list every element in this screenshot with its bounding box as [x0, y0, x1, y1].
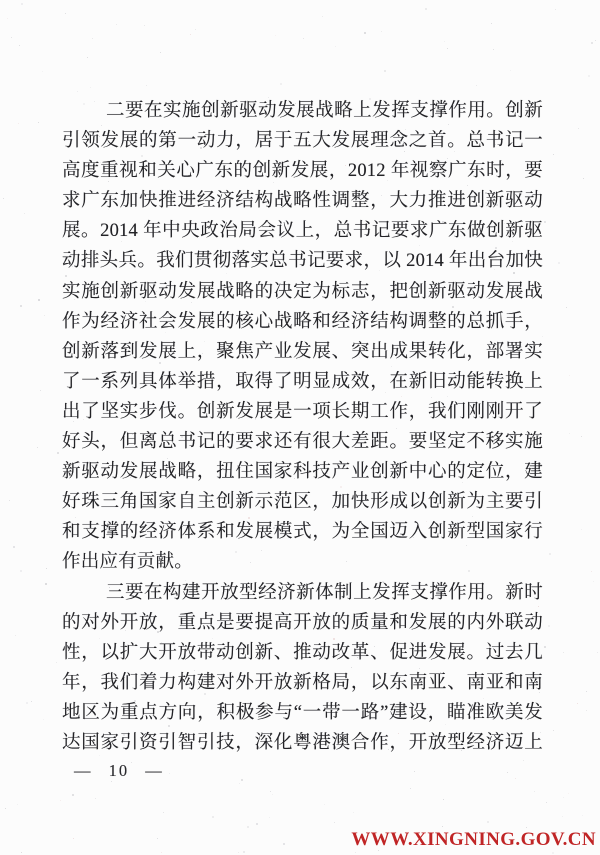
text-line: 性，以扩大开放带动创新、推动改革、促进发展。过去几 — [62, 638, 543, 668]
text-line: 年，我们着力构建对外开放新格局，以东南亚、南亚和南太 — [62, 668, 543, 698]
scanned-document-page: 二要在实施创新驱动发展战略上发挥支撑作用。创新是 引领发展的第一动力，居于五大发… — [0, 0, 600, 855]
text-line: 高度重视和关心广东的创新发展，2012 年视察广东时，要 — [62, 156, 543, 186]
text-line: 的对外开放，重点是要提高开放的质量和发展的内外联动 — [62, 608, 543, 638]
text-line: 创新落到发展上，聚焦产业发展、突出成果转化，部署实施 — [62, 337, 543, 367]
text-line: 出了坚实步伐。创新发展是一项长期工作，我们刚刚开了个 — [62, 397, 543, 427]
document-body-text: 二要在实施创新驱动发展战略上发挥支撑作用。创新是 引领发展的第一动力，居于五大发… — [62, 96, 543, 758]
text-line: 求广东加快推进经济结构战略性调整，大力推进创新驱动发 — [62, 186, 543, 216]
text-line: 二要在实施创新驱动发展战略上发挥支撑作用。创新是 — [62, 96, 543, 126]
text-line: 作出应有贡献。 — [62, 547, 543, 577]
website-watermark: WWW.XINGNING.GOV.CN — [351, 829, 596, 851]
text-line: 地区为重点方向，积极参与“一带一路”建设，瞄准欧美发 — [62, 698, 543, 728]
page-number: — 10 — — [74, 761, 164, 781]
text-line: 实施创新驱动发展战略的决定为标志，把创新驱动发展战略 — [62, 277, 543, 307]
text-line: 达国家引资引智引技，深化粤港澳合作，开放型经济迈上了 — [62, 728, 543, 758]
text-line: 好头，但离总书记的要求还有很大差距。要坚定不移实施创 — [62, 427, 543, 457]
text-line: 引领发展的第一动力，居于五大发展理念之首。总书记一直 — [62, 126, 543, 156]
text-line: 了一系列具体举措，取得了明显成效，在新旧动能转换上迈 — [62, 367, 543, 397]
text-line: 和支撑的经济体系和发展模式，为全国迈入创新型国家行列 — [62, 517, 543, 547]
text-line: 作为经济社会发展的核心战略和经济结构调整的总抓手，把 — [62, 307, 543, 337]
text-line: 好珠三角国家自主创新示范区，加快形成以创新为主要引领 — [62, 487, 543, 517]
text-line: 三要在构建开放型经济新体制上发挥支撑作用。新时期 — [62, 578, 543, 608]
text-line: 动排头兵。我们贯彻落实总书记要求，以 2014 年出台加快 — [62, 246, 543, 276]
text-line: 展。2014 年中央政治局会议上，总书记要求广东做创新驱 — [62, 216, 543, 246]
text-line: 新驱动发展战略，扭住国家科技产业创新中心的定位，建设 — [62, 457, 543, 487]
